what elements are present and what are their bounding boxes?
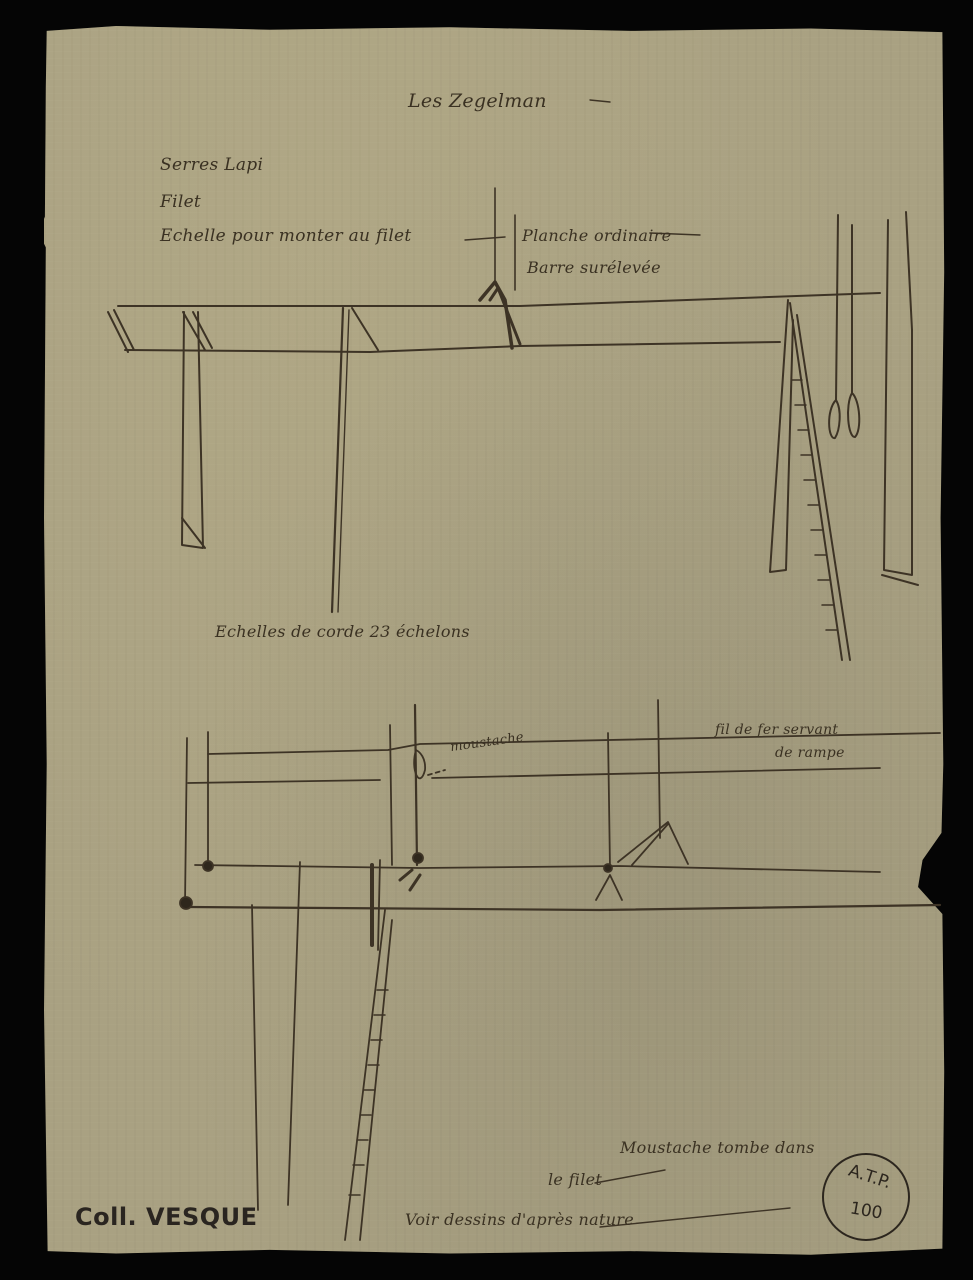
label-rampe: de rampe (775, 745, 845, 761)
label-moustache-tombe: Moustache tombe dans (620, 1138, 815, 1157)
stamp-top-text: A.T.P. (846, 1161, 894, 1193)
rigging-sketch (0, 0, 973, 1280)
atp-circular-stamp: A.T.P. 100 (822, 1153, 910, 1241)
label-planche: Planche ordinaire (522, 226, 671, 245)
label-barre: Barre surélevée (527, 258, 661, 277)
label-voir-dessins: Voir dessins d'après nature (405, 1210, 634, 1229)
lower-apparatus (180, 700, 940, 1240)
label-echelle: Echelle pour monter au filet (160, 226, 412, 246)
stamp-bottom-text: 100 (849, 1198, 884, 1223)
label-serres-lapi: Serres Lapi (160, 155, 263, 175)
collection-stamp: Coll. VESQUE (75, 1203, 258, 1231)
label-echelles-de-corde: Echelles de corde 23 échelons (215, 622, 470, 641)
sketch-title: Les Zegelman (408, 90, 547, 112)
right-apparatus (770, 212, 918, 660)
label-filet: Filet (160, 192, 201, 212)
label-fil-de-fer: fil de fer servant (715, 722, 838, 738)
label-le-filet: le filet (548, 1170, 602, 1189)
upper-apparatus (108, 188, 880, 612)
